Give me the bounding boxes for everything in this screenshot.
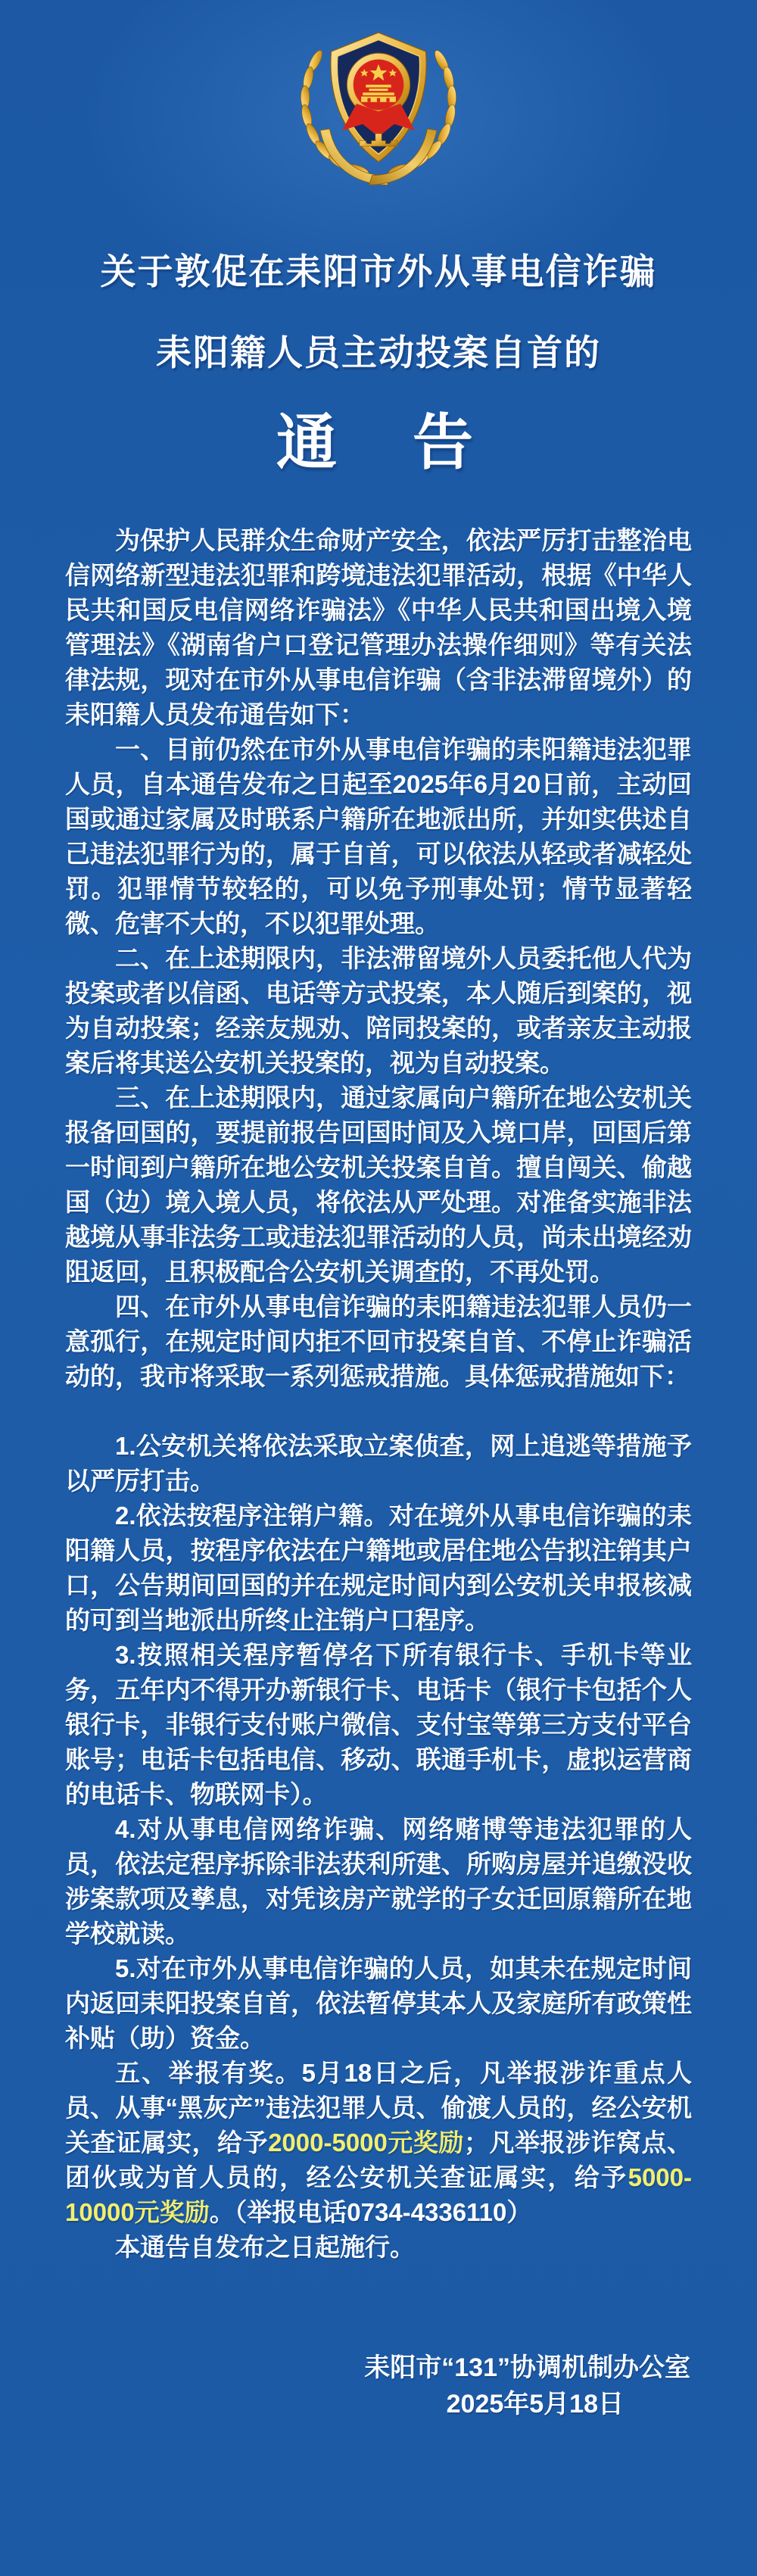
measure-item-4: 4.对从事电信网络诈骗、网络赌博等违法犯罪的人员，依法定程序拆除非法获利所建、所… [65,1812,692,1951]
intro-paragraph: 为保护人民群众生命财产安全，依法严厉打击整治电信网络新型违法犯罪和跨境违法犯罪活… [65,523,692,732]
measure-item-5: 5.对在市外从事电信诈骗的人员，如其未在规定时间内返回耒阳投案自首，依法暂停其本… [65,1951,692,2056]
section-3-paragraph: 三、在上述期限内，通过家属向户籍所在地公安机关报备回国的，要提前报告回国时间及入… [65,1081,692,1290]
police-badge-icon [283,12,474,201]
section-4-paragraph: 四、在市外从事电信诈骗的耒阳籍违法犯罪人员仍一意孤行，在规定时间内拒不回市投案自… [65,1290,692,1394]
notice-title-line-1: 关于敦促在耒阳市外从事电信诈骗 [0,244,757,295]
measure-item-3: 3.按照相关程序暂停名下所有银行卡、手机卡等业务，五年内不得开办新银行卡、电话卡… [65,1638,692,1812]
notice-body: 为保护人民群众生命财产安全，依法严厉打击整治电信网络新型违法犯罪和跨境违法犯罪活… [0,523,757,2265]
notice-poster: 关于敦促在耒阳市外从事电信诈骗 耒阳籍人员主动投案自首的 通 告 为保护人民群众… [0,0,757,2576]
issue-date: 2025年5月18日 [0,2386,757,2422]
issuer-name: 耒阳市“131”协调机制办公室 [0,2350,757,2386]
reward-text-3: 。（举报电话0734-4336110） [210,2198,532,2226]
signature-block: 耒阳市“131”协调机制办公室 2025年5月18日 [0,2350,757,2422]
closing-paragraph: 本通告自发布之日起施行。 [65,2230,692,2265]
reward-amount-1: 2000-5000元奖励 [268,2128,464,2157]
notice-title-main: 通 告 [0,394,757,481]
section-2-paragraph: 二、在上述期限内，非法滞留境外人员委托他人代为投案或者以信函、电话等方式投案，本… [65,941,692,1081]
measure-item-1: 1.公安机关将依法采取立案侦查，网上追逃等措施予以严厉打击。 [65,1429,692,1499]
section-1-paragraph: 一、目前仍然在市外从事电信诈骗的耒阳籍违法犯罪人员，自本通告发布之日起至2025… [65,732,692,941]
section-5-paragraph: 五、举报有奖。5月18日之后，凡举报涉诈重点人员、从事“黑灰产”违法犯罪人员、偷… [65,2056,692,2230]
measure-item-2: 2.依法按程序注销户籍。对在境外从事电信诈骗的耒阳籍人员，按程序依法在户籍地或居… [65,1499,692,1638]
notice-title-line-2: 耒阳籍人员主动投案自首的 [0,325,757,376]
